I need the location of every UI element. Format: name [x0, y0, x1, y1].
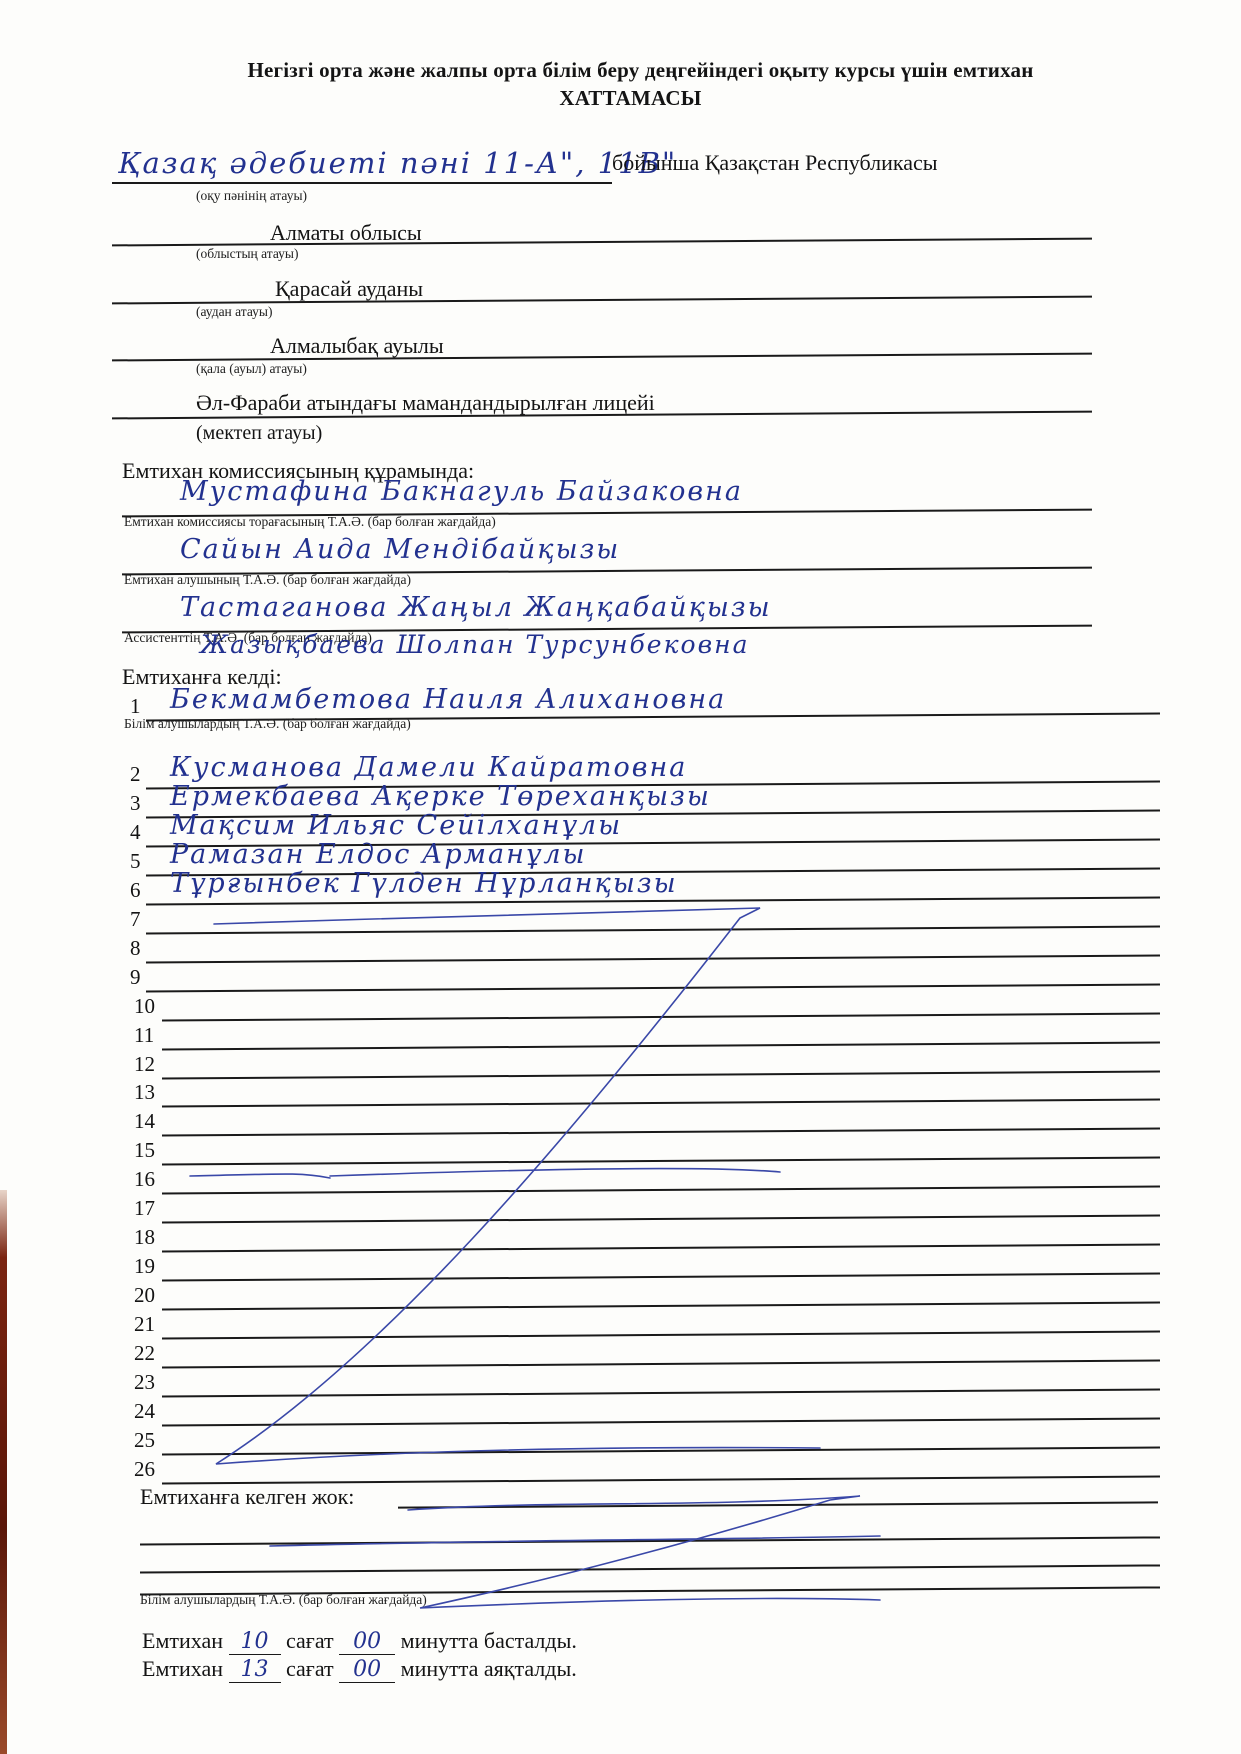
- row-number: 14: [134, 1109, 155, 1134]
- row-number: 18: [134, 1225, 155, 1250]
- attendee-row: 19: [0, 1250, 1241, 1280]
- row-number: 20: [134, 1283, 155, 1308]
- attendee-row: 6Тұрғынбек Гүлден Нұрланқызы: [0, 874, 1241, 904]
- document-title: Негізгі орта және жалпы орта білім беру …: [0, 56, 1241, 112]
- attendee-row: 10: [0, 990, 1241, 1020]
- row-number: 8: [130, 936, 141, 961]
- end-minute-field: 00: [339, 1656, 395, 1683]
- attendee-row: 15: [0, 1134, 1241, 1164]
- locality-caption: (қала (ауыл) атауы): [196, 361, 307, 377]
- end-prefix: Емтихан: [142, 1656, 223, 1681]
- school-value: Әл-Фараби атындағы мамандандырылған лице…: [196, 390, 655, 416]
- row-number: 23: [134, 1370, 155, 1395]
- row-number: 2: [130, 762, 141, 787]
- end-suffix: минутта аяқталды.: [401, 1656, 577, 1681]
- start-minute-field: 00: [339, 1628, 395, 1655]
- row-number: 16: [134, 1167, 155, 1192]
- examiner-caption: Емтихан алушының Т.А.Ә. (бар болған жағд…: [124, 572, 411, 588]
- row-number: 24: [134, 1399, 155, 1424]
- student-name: Бекмамбетова Наиля Алихановна: [170, 684, 726, 715]
- row-number: 26: [134, 1457, 155, 1482]
- examiner-name: Сайын Аида Мендібайқызы: [180, 534, 620, 565]
- subject-caption: (оқу пәнінің атауы): [196, 188, 307, 204]
- absent-rule-3: [140, 1564, 1160, 1573]
- student-name: Ермекбаева Ақерке Төреханқызы: [170, 781, 711, 812]
- absent-caption: Білім алушылардың Т.А.Ә. (бар болған жағ…: [140, 1592, 427, 1608]
- chair-caption: Емтихан комиссиясы торағасының Т.А.Ә. (б…: [124, 514, 496, 530]
- attendee-row: 8: [0, 932, 1241, 962]
- absent-rule-2: [140, 1536, 1160, 1545]
- row-number: 4: [130, 820, 141, 845]
- hour-word: сағат: [286, 1628, 334, 1653]
- attendee-row: 24: [0, 1395, 1241, 1425]
- locality-value: Алмалыбақ ауылы: [270, 333, 444, 359]
- school-caption: (мектеп атауы): [196, 422, 322, 445]
- row-number: 25: [134, 1428, 155, 1453]
- row-number: 7: [130, 907, 141, 932]
- attendee-row: 21: [0, 1308, 1241, 1338]
- start-suffix: минутта басталды.: [401, 1628, 577, 1653]
- students-caption: Білім алушылардың Т.А.Ә. (бар болған жағ…: [124, 716, 411, 732]
- row-number: 19: [134, 1254, 155, 1279]
- hour-word-2: сағат: [286, 1656, 334, 1681]
- assistant-name-2: Жазықбаева Шолпан Турсунбековна: [200, 630, 750, 659]
- row-number: 21: [134, 1312, 155, 1337]
- attendee-row: 25: [0, 1424, 1241, 1454]
- row-number: 9: [130, 965, 141, 990]
- attendee-row: 9: [0, 961, 1241, 991]
- subject-rule: [112, 182, 612, 184]
- row-number: 12: [134, 1052, 155, 1077]
- attendee-row: 11: [0, 1019, 1241, 1049]
- attendee-row: 13: [0, 1076, 1241, 1106]
- end-time-line: Емтихан 13 сағат 00 минутта аяқталды.: [142, 1656, 577, 1683]
- row-number: 3: [130, 791, 141, 816]
- row-rule: [162, 1475, 1160, 1484]
- attendee-row: 20: [0, 1279, 1241, 1309]
- start-hour-field: 10: [229, 1628, 281, 1655]
- title-line-2: ХАТТАМАСЫ: [0, 84, 1241, 112]
- commission-chair-name: Мустафина Бакнагуль Байзаковна: [180, 476, 743, 507]
- attendee-row: 7: [0, 903, 1241, 933]
- title-line-1: Негізгі орта және жалпы орта білім беру …: [0, 56, 1241, 84]
- region-caption: (облыстың атауы): [196, 246, 298, 262]
- start-time-line: Емтихан 10 сағат 00 минутта басталды.: [142, 1628, 577, 1655]
- attendee-row: 12: [0, 1048, 1241, 1078]
- district-caption: (аудан атауы): [196, 304, 273, 320]
- row-number: 6: [130, 878, 141, 903]
- student-name: Кусманова Дамели Кайратовна: [170, 752, 687, 783]
- student-name: Тұрғынбек Гүлден Нұрланқызы: [170, 868, 678, 899]
- row-number: 17: [134, 1196, 155, 1221]
- attendee-row: 23: [0, 1366, 1241, 1396]
- row-number: 5: [130, 849, 141, 874]
- subject-handwritten: Қазақ әдебиеті пәні 11-А", 11В": [118, 146, 677, 180]
- absent-heading: Емтиханға келген жок:: [140, 1484, 354, 1510]
- absent-rule-1: [398, 1501, 1158, 1508]
- row-number: 15: [134, 1138, 155, 1163]
- row-number: 11: [134, 1023, 154, 1048]
- start-prefix: Емтихан: [142, 1628, 223, 1653]
- subject-suffix: бойынша Қазақстан Республикасы: [612, 150, 938, 176]
- student-name: Рамазан Елдос Арманұлы: [170, 839, 587, 870]
- attendee-row: 17: [0, 1192, 1241, 1222]
- attendee-row: 18: [0, 1221, 1241, 1251]
- district-value: Қарасай ауданы: [275, 276, 423, 302]
- row-number: 13: [134, 1080, 155, 1105]
- row-number: 22: [134, 1341, 155, 1366]
- attendee-row: 16: [0, 1163, 1241, 1193]
- attendee-row: 14: [0, 1105, 1241, 1135]
- attendee-row: 22: [0, 1337, 1241, 1367]
- assistant-name-1: Тастаганова Жаңыл Жаңқабайқызы: [180, 592, 772, 623]
- row-number: 10: [134, 994, 155, 1019]
- student-name: Мақсим Ильяс Сейілханұлы: [170, 810, 622, 841]
- end-hour-field: 13: [229, 1656, 281, 1683]
- attendee-row: 26: [0, 1453, 1241, 1483]
